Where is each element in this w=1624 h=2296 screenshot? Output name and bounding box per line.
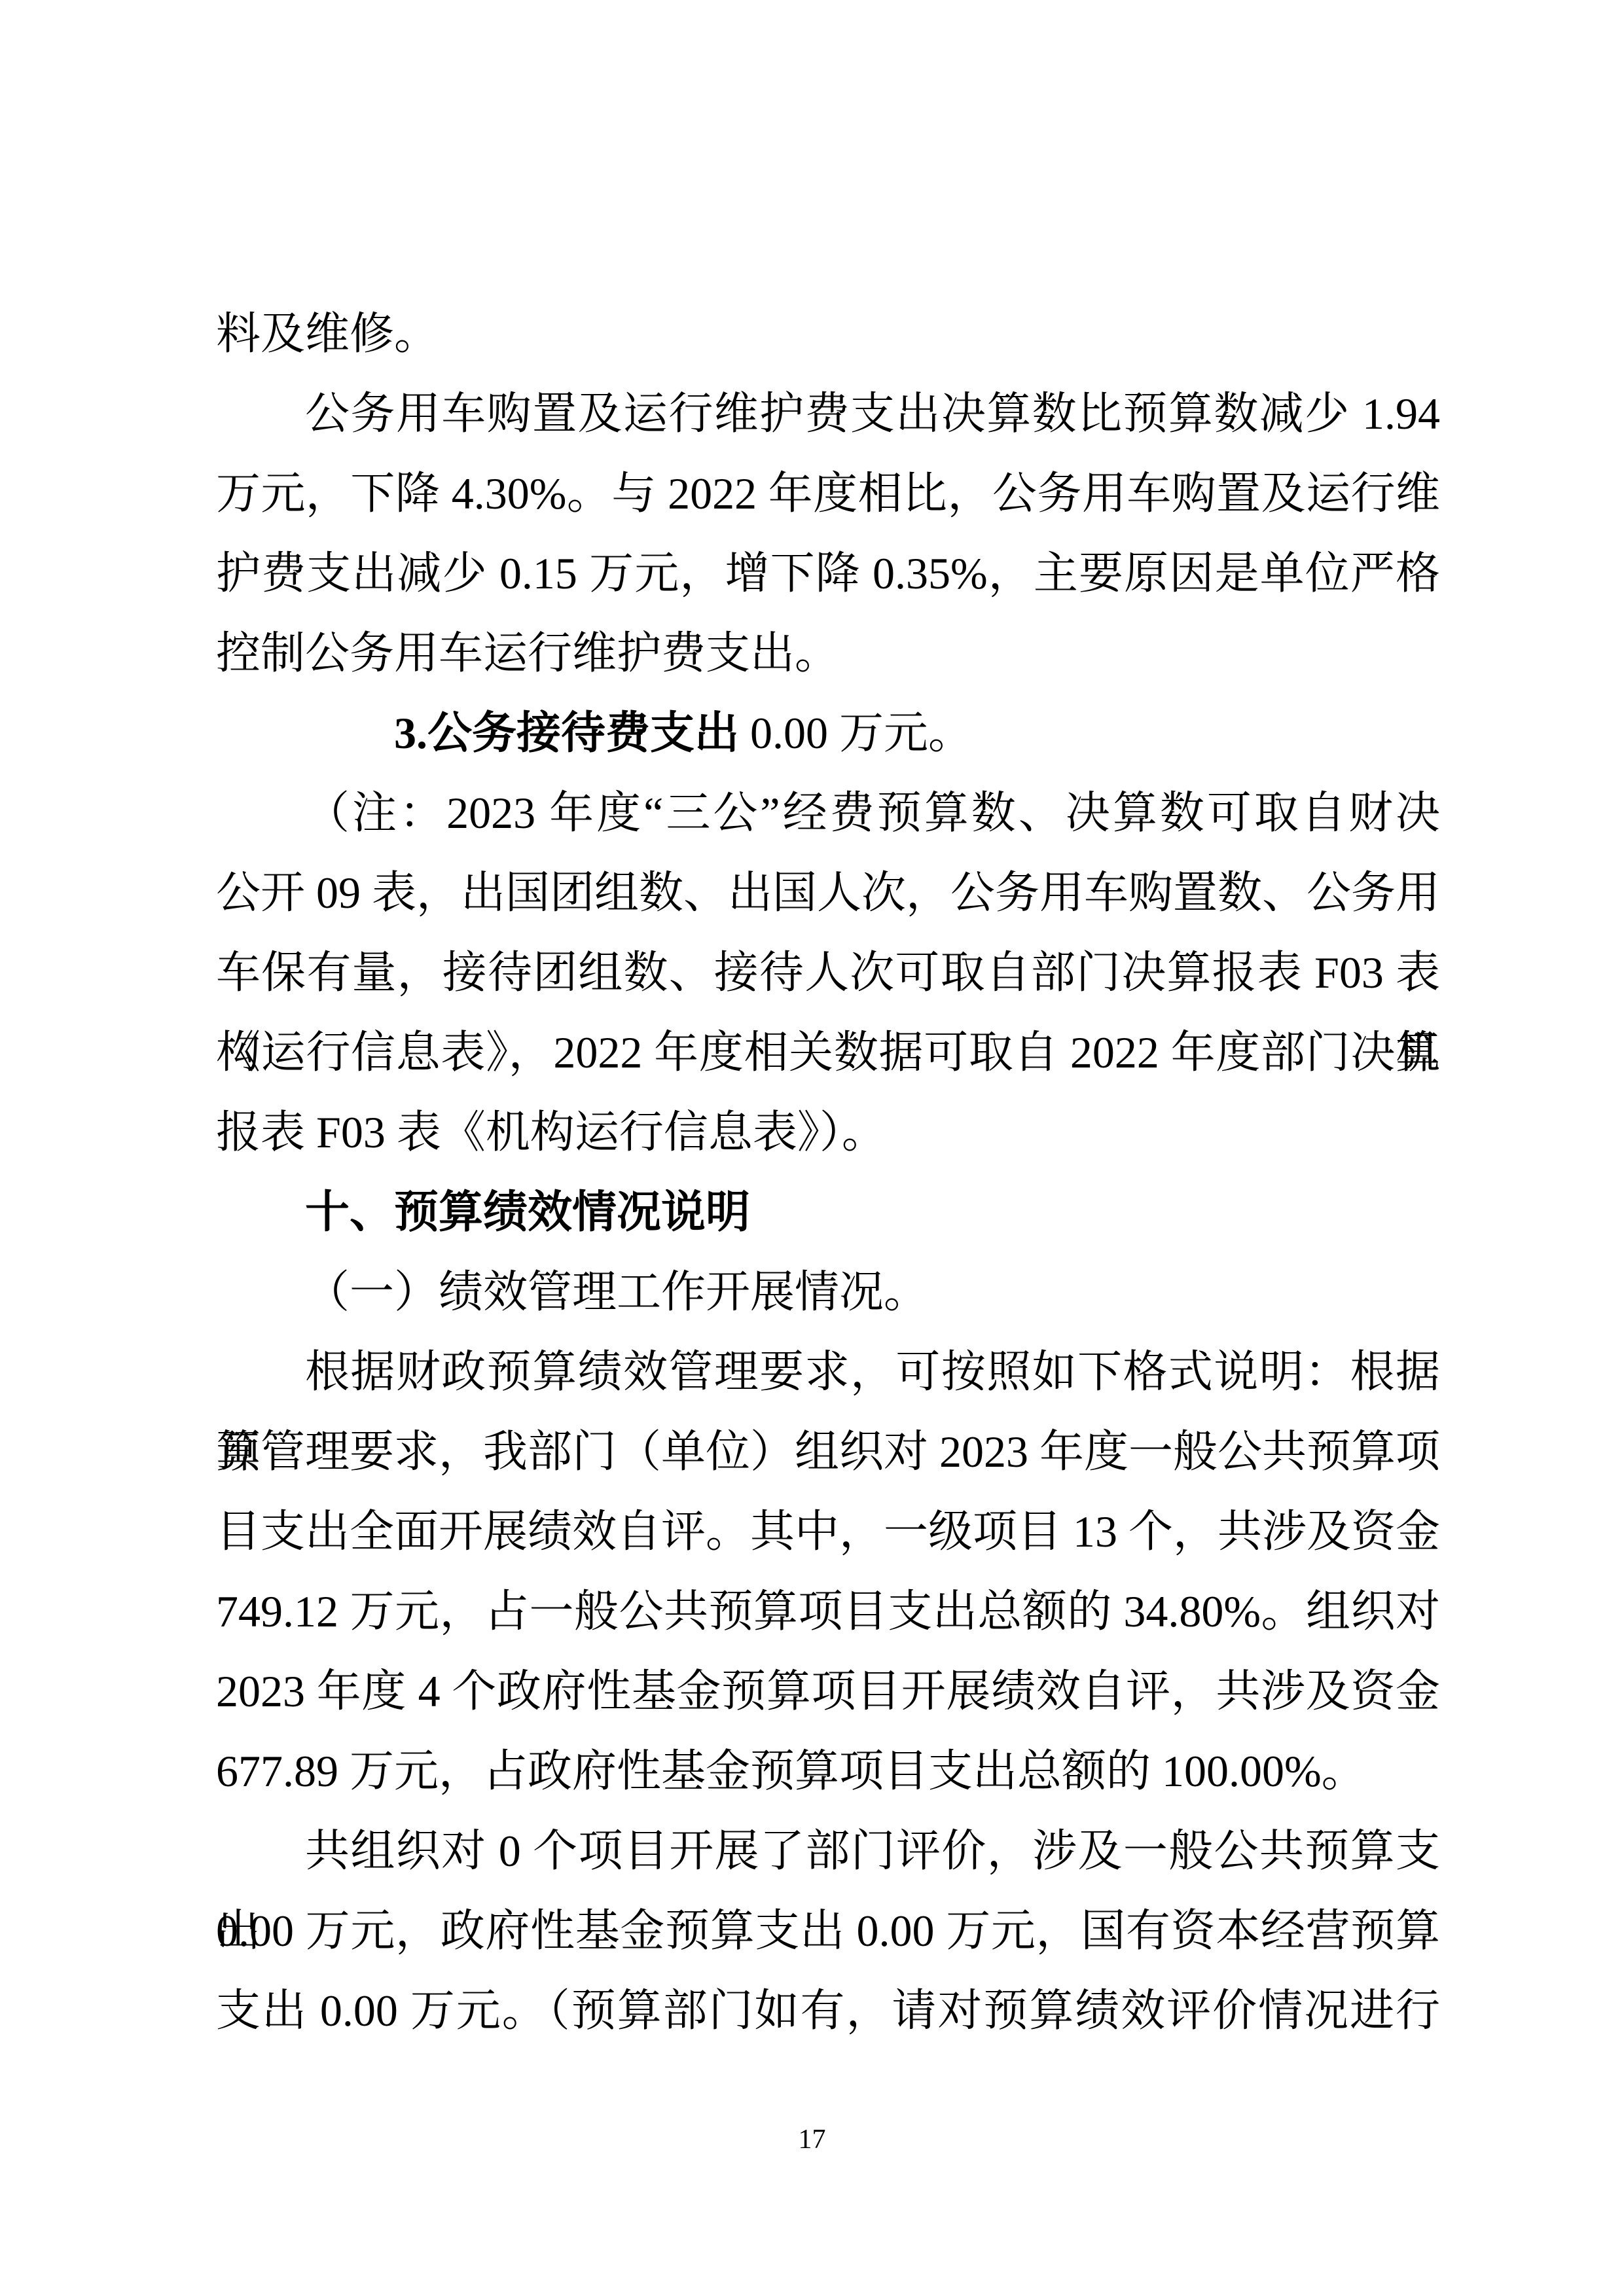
text-line: 车保有量，接待团组数、接待人次可取自部门决算报表 F03 表《机 — [216, 933, 1440, 1013]
text-line: 3.公务接待费支出 0.00 万元。 — [216, 693, 1440, 773]
text-run: 万元，下降 4.30%。与 2022 年度相比，公务用车购置及运行维 — [216, 469, 1440, 518]
text-run: 677.89 万元，占政府性基金预算项目支出总额的 100.00%。 — [216, 1746, 1366, 1796]
text-line: 万元，下降 4.30%。与 2022 年度相比，公务用车购置及运行维 — [216, 454, 1440, 533]
text-line: 构运行信息表》，2022 年度相关数据可取自 2022 年度部门决算 — [216, 1013, 1440, 1092]
text-run: 构运行信息表》，2022 年度相关数据可取自 2022 年度部门决算 — [216, 1028, 1440, 1077]
text-line: 报表 F03 表《机构运行信息表》）。 — [216, 1092, 1440, 1172]
text-line: 677.89 万元，占政府性基金预算项目支出总额的 100.00%。 — [216, 1731, 1440, 1811]
document-body: 料及维修。公务用车购置及运行维护费支出决算数比预算数减少 1.94万元，下降 4… — [216, 294, 1440, 2051]
text-line: 公开 09 表，出国团组数、出国人次，公务用车购置数、公务用 — [216, 853, 1440, 933]
text-run: （一）绩效管理工作开展情况。 — [305, 1267, 928, 1317]
text-line: 料及维修。 — [216, 294, 1440, 374]
document-page: { "document": { "lines": [ {"style": "bo… — [0, 0, 1624, 2296]
page-footer: 17 — [0, 2123, 1624, 2156]
text-run: 护费支出减少 0.15 万元，增下降 0.35%，主要原因是单位严格 — [216, 548, 1440, 598]
text-line: （一）绩效管理工作开展情况。 — [216, 1252, 1440, 1332]
text-run: 2023 年度 4 个政府性基金预算项目开展绩效自评，共涉及资金 — [216, 1666, 1440, 1716]
text-run: 公务用车购置及运行维护费支出决算数比预算数减少 1.94 — [305, 389, 1440, 439]
text-line: 0.00 万元，政府性基金预算支出 0.00 万元，国有资本经营预算 — [216, 1891, 1440, 1971]
text-run: 报表 F03 表《机构运行信息表》）。 — [216, 1107, 886, 1157]
text-line: 算管理要求，我部门（单位）组织对 2023 年度一般公共预算项 — [216, 1412, 1440, 1492]
text-line: 十、预算绩效情况说明 — [216, 1172, 1440, 1252]
text-run: 公开 09 表，出国团组数、出国人次，公务用车购置数、公务用 — [216, 868, 1440, 918]
text-run: 控制公务用车运行维护费支出。 — [216, 628, 839, 678]
page-number: 17 — [799, 2125, 826, 2155]
text-run: 3.公务接待费支出 — [394, 708, 739, 758]
text-run: 支出 0.00 万元。（预算部门如有，请对预算绩效评价情况进行 — [216, 1986, 1440, 2036]
text-line: 护费支出减少 0.15 万元，增下降 0.35%，主要原因是单位严格 — [216, 533, 1440, 613]
text-line: 控制公务用车运行维护费支出。 — [216, 613, 1440, 693]
text-line: 749.12 万元，占一般公共预算项目支出总额的 34.80%。组织对 — [216, 1571, 1440, 1651]
text-run: 算管理要求，我部门（单位）组织对 2023 年度一般公共预算项 — [216, 1427, 1440, 1477]
text-run: 十、预算绩效情况说明 — [305, 1187, 750, 1237]
text-line: 共组织对 0 个项目开展了部门评价，涉及一般公共预算支出 — [216, 1811, 1440, 1891]
text-run: （注：2023 年度“三公”经费预算数、决算数可取自财决 — [305, 788, 1440, 838]
text-line: 2023 年度 4 个政府性基金预算项目开展绩效自评，共涉及资金 — [216, 1651, 1440, 1731]
page: 料及维修。公务用车购置及运行维护费支出决算数比预算数减少 1.94万元，下降 4… — [0, 0, 1624, 2296]
text-line: 根据财政预算绩效管理要求，可按照如下格式说明：根据预 — [216, 1332, 1440, 1412]
text-line: 目支出全面开展绩效自评。其中，一级项目 13 个，共涉及资金 — [216, 1492, 1440, 1571]
text-line: （注：2023 年度“三公”经费预算数、决算数可取自财决 — [216, 773, 1440, 853]
text-line: 支出 0.00 万元。（预算部门如有，请对预算绩效评价情况进行 — [216, 1971, 1440, 2051]
text-run: 0.00 万元，政府性基金预算支出 0.00 万元，国有资本经营预算 — [216, 1906, 1440, 1956]
text-run: 749.12 万元，占一般公共预算项目支出总额的 34.80%。组织对 — [216, 1587, 1440, 1636]
text-run: 0.00 万元。 — [739, 708, 973, 758]
text-run: 目支出全面开展绩效自评。其中，一级项目 13 个，共涉及资金 — [216, 1507, 1440, 1556]
text-line: 公务用车购置及运行维护费支出决算数比预算数减少 1.94 — [216, 374, 1440, 454]
text-run: 料及维修。 — [216, 309, 439, 359]
